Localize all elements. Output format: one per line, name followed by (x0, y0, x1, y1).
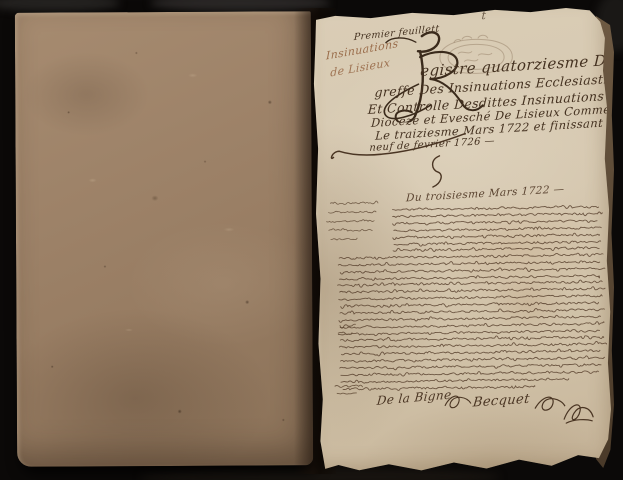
handwriting-line (341, 370, 599, 377)
bottom-right-paraph (560, 399, 596, 427)
handwriting-line (340, 307, 605, 315)
handwriting-line (338, 329, 600, 336)
handwriting-line (337, 393, 357, 394)
handwriting-line (392, 205, 598, 211)
handwriting-line (328, 211, 376, 214)
handwriting-line (341, 348, 600, 356)
folio-mark: t (481, 9, 486, 22)
handwriting-line (339, 341, 607, 349)
handwriting-line (340, 266, 605, 274)
handwriting-line (331, 238, 358, 240)
handwriting-line (340, 334, 604, 342)
manuscript-page: t Premier feuillett Insinuations de Lisi… (311, 6, 613, 474)
handwriting-line (339, 286, 605, 294)
handwriting-line (335, 385, 363, 388)
handwriting-line (393, 226, 601, 232)
handwriting-line (338, 294, 602, 300)
background-shadow (0, 0, 120, 12)
handwriting-line (328, 228, 372, 231)
handwriting-line (394, 240, 601, 247)
handwriting-line (339, 314, 601, 322)
handwriting-line (339, 253, 603, 260)
handwriting-line (337, 280, 602, 288)
handwriting-line (330, 201, 378, 205)
left-cover-board (15, 11, 313, 467)
handwriting-line (326, 220, 374, 223)
handwriting-line (340, 322, 604, 329)
signature-left-paraph (443, 391, 473, 411)
cover-texture (15, 11, 313, 467)
handwriting-line (340, 356, 604, 363)
handwriting-line (393, 246, 599, 253)
section-mark (423, 154, 450, 190)
photograph-of-open-register: t Premier feuillett Insinuations de Lisi… (0, 0, 623, 480)
handwriting-line (338, 259, 600, 267)
handwriting-line (341, 377, 569, 383)
handwriting-line (393, 233, 600, 240)
handwriting-line (339, 363, 601, 370)
handwriting-line (341, 301, 599, 309)
handwriting-line (339, 274, 599, 282)
handwriting-line (392, 212, 602, 218)
handwriting-line (392, 220, 597, 226)
